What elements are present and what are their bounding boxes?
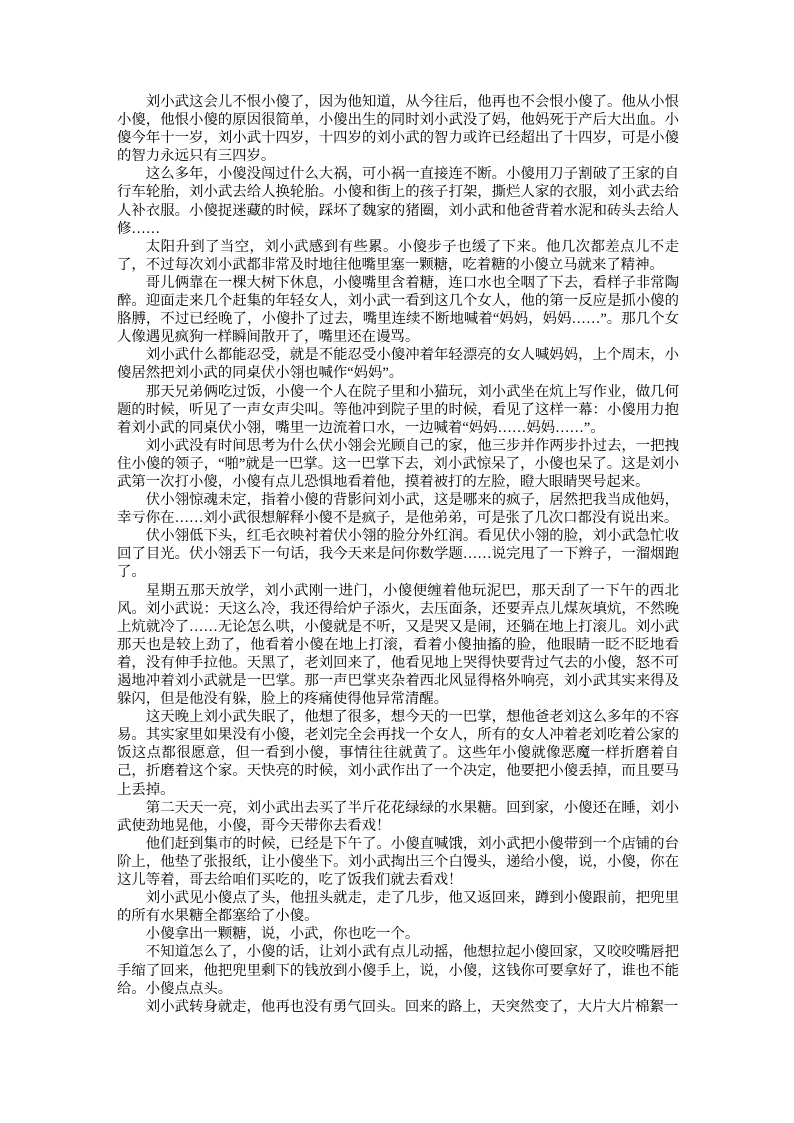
document-page: 刘小武这会儿不恨小傻了，因为他知道，从今往后，他再也不会恨小傻了。他从小恨小傻，… bbox=[0, 0, 794, 1123]
story-paragraph: 星期五那天放学，刘小武刚一进门，小傻便缠着他玩泥巴，那天刮了一下午的西北风。刘小… bbox=[117, 582, 679, 709]
story-paragraph: 伏小翎低下头，红毛衣映衬着伏小翎的脸分外红润。看见伏小翎的脸，刘小武急忙收回了目… bbox=[117, 527, 679, 581]
story-paragraph: 伏小翎惊魂未定，指着小傻的背影问刘小武，这是哪来的疯子，居然把我当成他妈，幸亏你… bbox=[117, 491, 679, 527]
story-paragraph: 刘小武这会儿不恨小傻了，因为他知道，从今往后，他再也不会恨小傻了。他从小恨小傻，… bbox=[117, 93, 679, 165]
story-paragraph: 太阳升到了当空，刘小武感到有些累。小傻步子也缓了下来。他几次都差点儿不走了，不过… bbox=[117, 238, 679, 274]
story-paragraph: 那天兄弟俩吃过饭，小傻一个人在院子里和小猫玩，刘小武坐在炕上写作业，做几何题的时… bbox=[117, 383, 679, 437]
story-paragraph: 第二天天一亮，刘小武出去买了半斤花花绿绿的水果糖。回到家，小傻还在睡，刘小武使劲… bbox=[117, 799, 679, 835]
story-paragraph: 这天晚上刘小武失眠了，他想了很多，想今天的一巴掌，想他爸老刘这么多年的不容易。其… bbox=[117, 708, 679, 798]
story-paragraph: 刘小武转身就走，他再也没有勇气回头。回来的路上，天突然变了，大片大片棉絮一 bbox=[117, 998, 679, 1016]
story-paragraph: 小傻拿出一颗糖，说，小武，你也吃一个。 bbox=[117, 925, 679, 943]
story-paragraph: 刘小武什么都能忍受，就是不能忍受小傻冲着年轻漂亮的女人喊妈妈，上个周末，小傻居然… bbox=[117, 346, 679, 382]
story-paragraph: 他们赶到集市的时候，已经是下午了。小傻直喊饿，刘小武把小傻带到一个店铺的台阶上，… bbox=[117, 835, 679, 889]
story-paragraph: 这么多年，小傻没闯过什么大祸，可小祸一直接连不断。小傻用刀子割破了王家的自行车轮… bbox=[117, 165, 679, 237]
story-paragraph: 不知道怎么了，小傻的话，让刘小武有点儿动摇，他想拉起小傻回家，又咬咬嘴唇把手缩了… bbox=[117, 943, 679, 997]
story-paragraph: 刘小武见小傻点了头，他扭头就走，走了几步，他又返回来，蹲到小傻跟前，把兜里的所有… bbox=[117, 889, 679, 925]
story-paragraph: 刘小武没有时间思考为什么伏小翎会光顾自己的家，他三步并作两步扑过去，一把拽住小傻… bbox=[117, 437, 679, 491]
story-paragraph: 哥儿俩靠在一棵大树下休息，小傻嘴里含着糖，连口水也全咽了下去，看样子非常陶醉。迎… bbox=[117, 274, 679, 346]
story-paragraphs: 刘小武这会儿不恨小傻了，因为他知道，从今往后，他再也不会恨小傻了。他从小恨小傻，… bbox=[117, 93, 679, 1016]
